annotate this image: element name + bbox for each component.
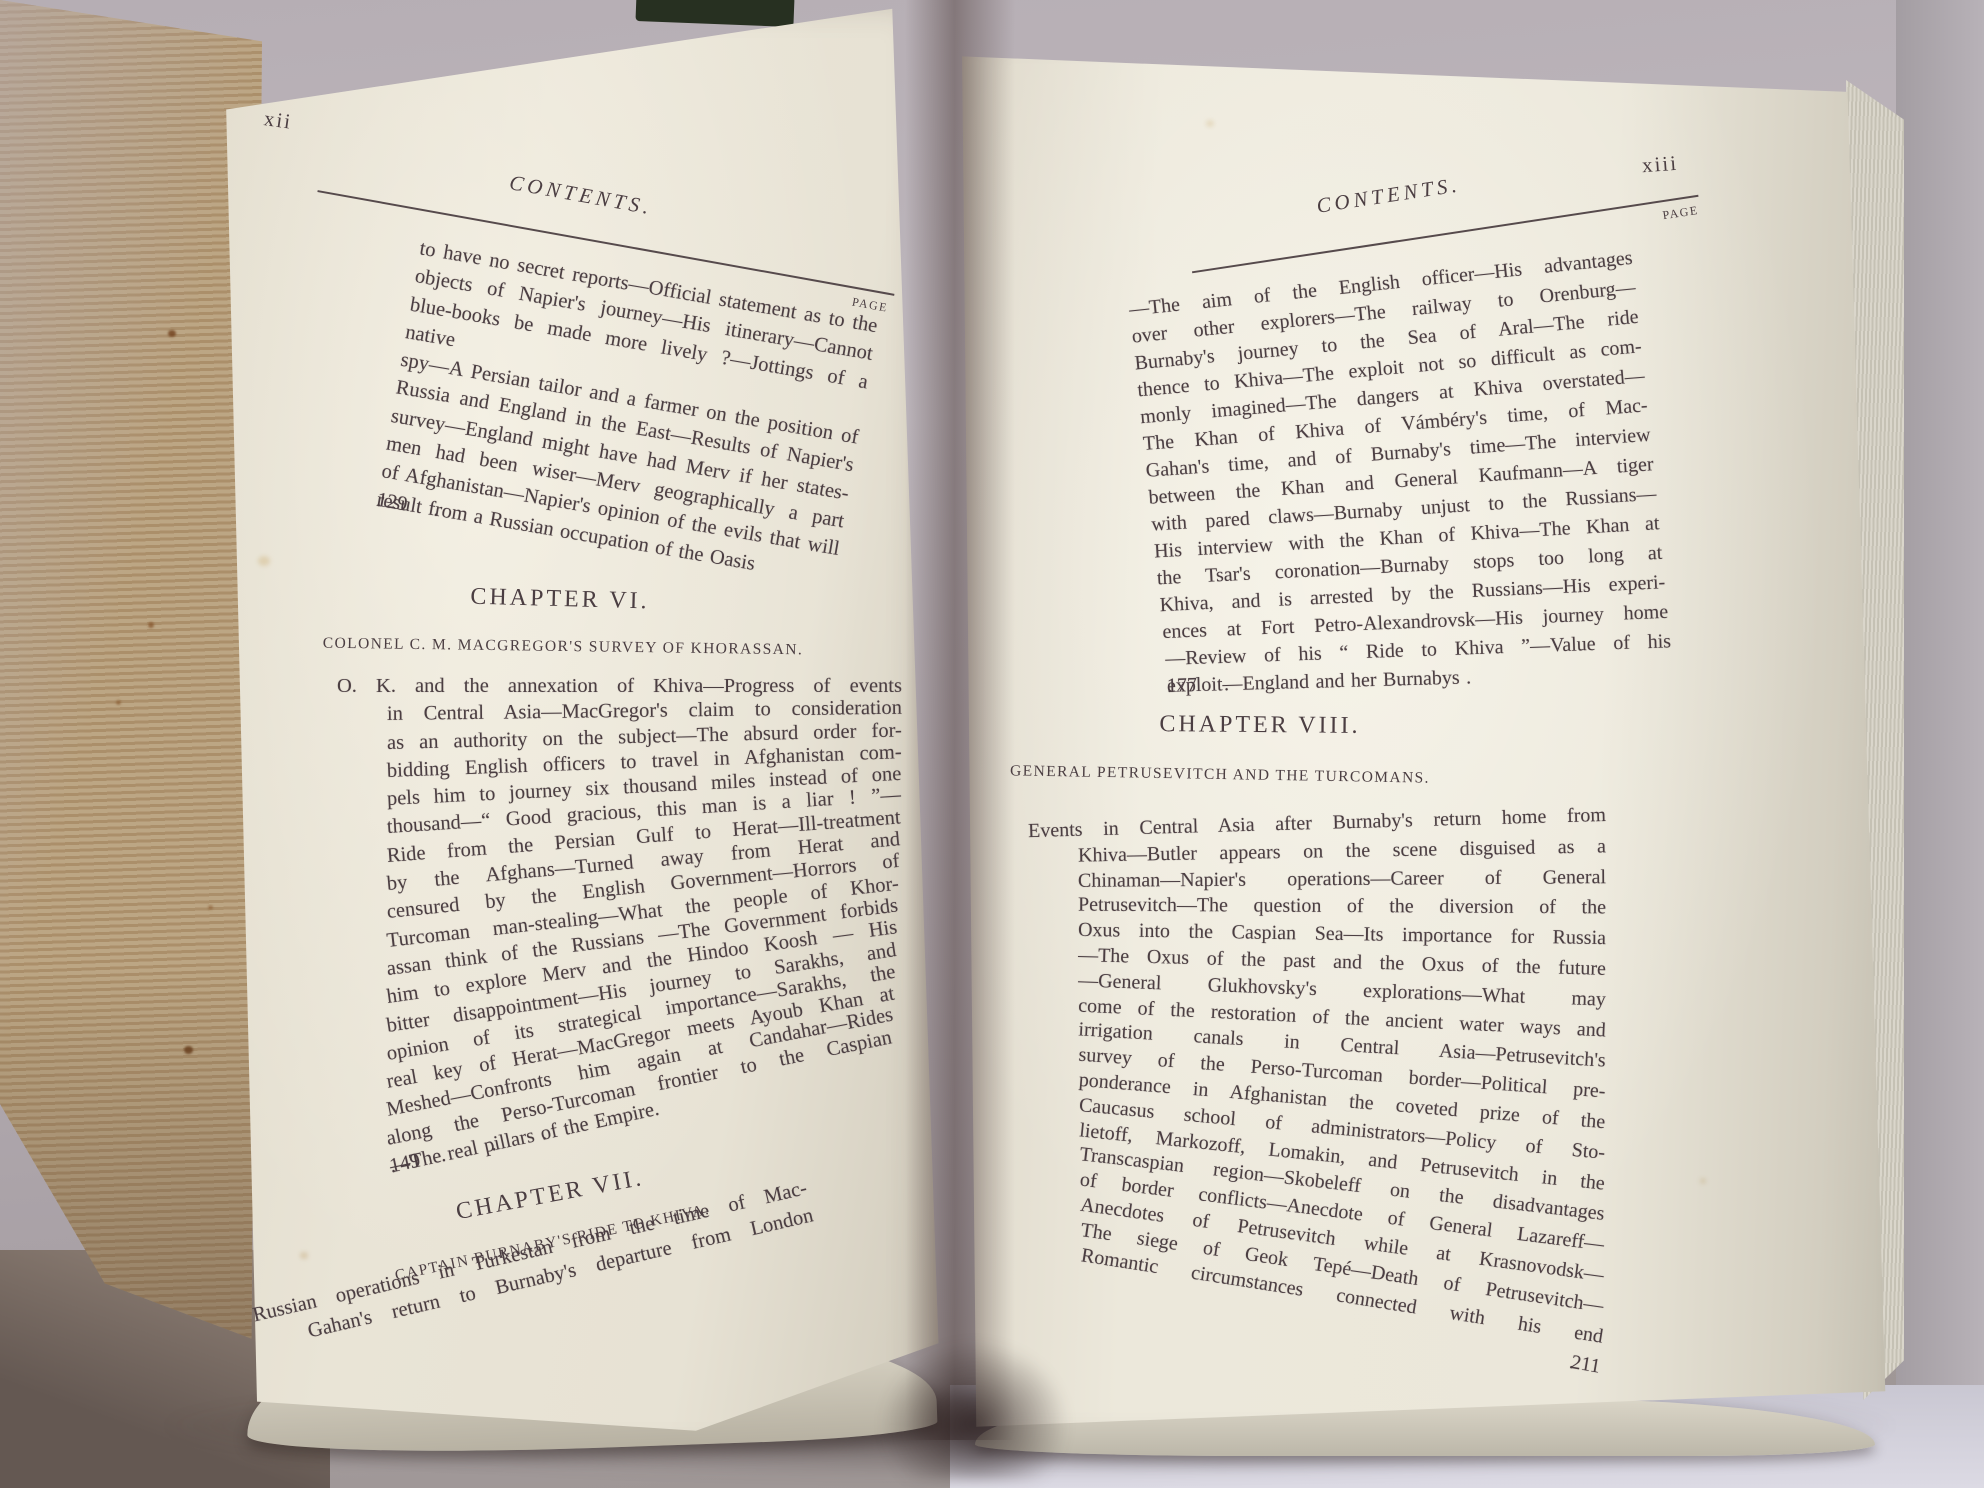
left-folio: xii xyxy=(262,106,293,135)
foxing-spot xyxy=(184,1046,193,1054)
paper-stain xyxy=(300,1252,308,1259)
chapter-viii-heading: CHAPTER VIII. xyxy=(1045,710,1475,741)
page-reference: 177 xyxy=(1167,672,1198,700)
book-photo: xii CONTENTS. PAGE to have no secret rep… xyxy=(0,0,1984,1488)
gutter-shadow xyxy=(905,0,1015,1440)
page-reference: 129 xyxy=(375,485,410,518)
foxing-spot xyxy=(148,622,154,628)
book-cover-sliver xyxy=(635,0,794,27)
right-page-column-label: PAGE xyxy=(1662,203,1700,223)
background-right xyxy=(1896,0,1984,1488)
chapter-viii-entry: Events in Central Asia after Burnaby's r… xyxy=(1028,810,1606,1310)
paper-stain xyxy=(1700,1178,1706,1184)
paper-stain xyxy=(258,556,270,566)
chapter-vi-entry: O. K. and the annexation of Khiva—Progre… xyxy=(337,672,902,1153)
foxing-spot xyxy=(116,700,121,705)
gutter-bottom-shadow xyxy=(880,1340,1070,1480)
foxing-spot xyxy=(168,330,176,337)
paper-stain xyxy=(1206,120,1214,127)
page-reference: 211 xyxy=(1569,1349,1602,1381)
entry-burnaby-continuation: —The aim of the English officer—His adva… xyxy=(1078,245,1670,678)
page-edge-stack-left xyxy=(0,0,262,1380)
foxing-spot xyxy=(208,905,213,910)
contents-line: Chinaman—Napier's operations—Career of G… xyxy=(1078,864,1606,895)
